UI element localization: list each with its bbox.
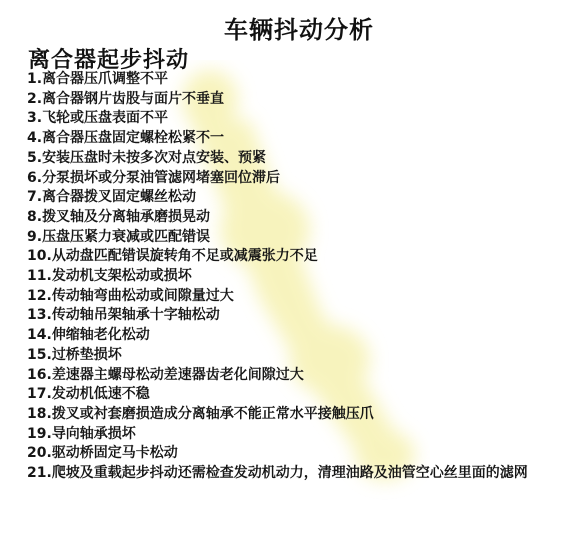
list-item: 7.离合器拨叉固定螺丝松动 xyxy=(27,188,547,208)
item-text: 离合器压爪调整不平 xyxy=(42,71,168,87)
item-number: 14. xyxy=(27,326,52,346)
list-item: 13.传动轴吊架轴承十字轴松动 xyxy=(27,306,547,326)
item-text: 伸缩轴老化松动 xyxy=(52,327,150,343)
item-text: 拨叉或衬套磨损造成分离轴承不能正常水平接触压爪 xyxy=(52,406,374,422)
item-number: 13. xyxy=(27,306,52,326)
item-text: 安装压盘时未按多次对点安装、预紧 xyxy=(42,150,266,166)
item-text: 压盘压紧力衰减或匹配错误 xyxy=(42,229,210,245)
item-number: 20. xyxy=(27,444,52,464)
list-item: 11.发动机支架松动或损坏 xyxy=(27,267,547,287)
item-number: 9. xyxy=(27,228,42,248)
list-item: 15.过桥垫损坏 xyxy=(27,346,547,366)
list-item: 16.差速器主螺母松动差速器齿老化间隙过大 xyxy=(27,366,547,386)
item-number: 15. xyxy=(27,346,52,366)
item-number: 8. xyxy=(27,208,42,228)
item-text: 发动机支架松动或损坏 xyxy=(52,268,192,284)
cause-list: 1.离合器压爪调整不平 2.离合器钢片齿股与面片不垂直 3.飞轮或压盘表面不平 … xyxy=(27,70,547,483)
list-item: 21.爬坡及重载起步抖动还需检查发动机动力，清理油路及油管空心丝里面的滤网 xyxy=(27,464,547,483)
item-number: 1. xyxy=(27,70,42,90)
list-item: 4.离合器压盘固定螺栓松紧不一 xyxy=(27,129,547,149)
item-text: 离合器钢片齿股与面片不垂直 xyxy=(42,91,224,107)
item-number: 4. xyxy=(27,129,42,149)
list-item: 12.传动轴弯曲松动或间隙量过大 xyxy=(27,287,547,307)
list-item: 1.离合器压爪调整不平 xyxy=(27,70,547,90)
item-text: 离合器压盘固定螺栓松紧不一 xyxy=(42,130,224,146)
item-number: 12. xyxy=(27,287,52,307)
item-text: 传动轴吊架轴承十字轴松动 xyxy=(52,307,220,323)
item-number: 17. xyxy=(27,385,52,405)
list-item: 18.拨叉或衬套磨损造成分离轴承不能正常水平接触压爪 xyxy=(27,405,547,425)
item-number: 2. xyxy=(27,90,42,110)
page-title: 车辆抖动分析 xyxy=(0,10,588,45)
item-number: 5. xyxy=(27,149,42,169)
item-text: 分泵损坏或分泵油管滤网堵塞回位滞后 xyxy=(42,170,280,186)
item-text: 导向轴承损坏 xyxy=(52,426,136,442)
item-number: 18. xyxy=(27,405,52,425)
list-item: 9.压盘压紧力衰减或匹配错误 xyxy=(27,228,547,248)
list-item: 6.分泵损坏或分泵油管滤网堵塞回位滞后 xyxy=(27,169,547,189)
item-text: 从动盘匹配错误旋转角不足或减震张力不足 xyxy=(52,248,318,264)
item-text: 发动机低速不稳 xyxy=(52,386,150,402)
item-number: 11. xyxy=(27,267,52,287)
item-number: 10. xyxy=(27,247,52,267)
item-number: 19. xyxy=(27,425,52,445)
list-item: 14.伸缩轴老化松动 xyxy=(27,326,547,346)
list-item: 20.驱动桥固定马卡松动 xyxy=(27,444,547,464)
item-text: 驱动桥固定马卡松动 xyxy=(52,445,178,461)
item-text: 拨叉轴及分离轴承磨损晃动 xyxy=(42,209,210,225)
item-text: 传动轴弯曲松动或间隙量过大 xyxy=(52,288,234,304)
list-item: 3.飞轮或压盘表面不平 xyxy=(27,109,547,129)
item-number: 6. xyxy=(27,169,42,189)
list-item: 8.拨叉轴及分离轴承磨损晃动 xyxy=(27,208,547,228)
list-item: 17.发动机低速不稳 xyxy=(27,385,547,405)
item-text: 离合器拨叉固定螺丝松动 xyxy=(42,189,196,205)
list-item: 19.导向轴承损坏 xyxy=(27,425,547,445)
item-text: 飞轮或压盘表面不平 xyxy=(42,110,168,126)
list-item: 10.从动盘匹配错误旋转角不足或减震张力不足 xyxy=(27,247,547,267)
item-number: 16. xyxy=(27,366,52,386)
list-item: 2.离合器钢片齿股与面片不垂直 xyxy=(27,90,547,110)
item-number: 7. xyxy=(27,188,42,208)
item-number: 3. xyxy=(27,109,42,129)
item-text: 差速器主螺母松动差速器齿老化间隙过大 xyxy=(52,367,304,383)
list-item: 5.安装压盘时未按多次对点安装、预紧 xyxy=(27,149,547,169)
item-text: 过桥垫损坏 xyxy=(52,347,122,363)
item-text: 爬坡及重载起步抖动还需检查发动机动力，清理油路及油管空心丝里面的滤网 xyxy=(52,465,528,481)
item-number: 21. xyxy=(27,464,52,483)
